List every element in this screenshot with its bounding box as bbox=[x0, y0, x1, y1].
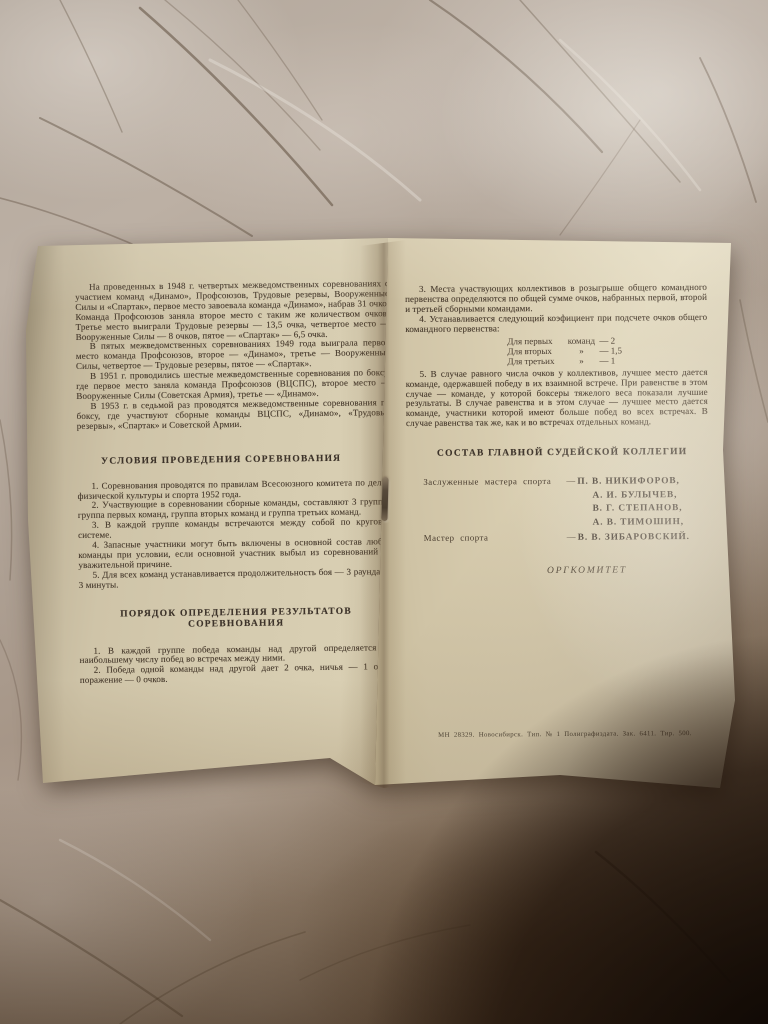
print-imprint: МН 28329. Новосибирск. Тип. № 1 Полиграф… bbox=[412, 730, 718, 739]
coefficient-table: Для первых команд — 2 Для вторых » — 1,5… bbox=[507, 334, 707, 367]
jury-name: В. Г. СТЕПАНОВ, bbox=[578, 502, 683, 516]
jury-name: В. В. ЗИБАРОВСКИЙ. bbox=[578, 531, 690, 545]
coefficient-mark: » bbox=[563, 346, 599, 357]
condition-item: 4. Запасные участники могут быть включен… bbox=[78, 537, 392, 571]
rule-item: 3. Места участвующих коллективов в розыг… bbox=[405, 283, 707, 315]
jury-name: П. В. НИКИФОРОВ, bbox=[577, 475, 679, 489]
coefficient-label: Для первых bbox=[507, 335, 563, 346]
jury-list: Заслуженные мастера спорта — П. В. НИКИФ… bbox=[423, 474, 708, 546]
photo-scene: На проведенных в 1948 г. четвертых межве… bbox=[0, 0, 768, 1024]
jury-dash: — bbox=[566, 475, 577, 489]
jury-title bbox=[424, 525, 567, 526]
coefficient-label: Для третьих bbox=[508, 356, 564, 367]
rule-item: 5. В случае равного числа очков у коллек… bbox=[406, 368, 708, 430]
jury-dash: — bbox=[567, 530, 578, 544]
booklet-left-page: На проведенных в 1948 г. четвертых межве… bbox=[20, 235, 392, 791]
jury-heading: СОСТАВ ГЛАВНОЙ СУДЕЙСКОЙ КОЛЛЕГИИ bbox=[406, 447, 708, 460]
coefficient-mark: » bbox=[564, 356, 600, 367]
orgcommittee-signature: ОРГКОМИТЕТ bbox=[407, 565, 709, 577]
booklet-right-page: 3. Места участвующих коллективов в розыг… bbox=[370, 235, 745, 795]
condition-item: 5. Для всех команд устанавливается продо… bbox=[79, 567, 393, 591]
right-page-content: 3. Места участвующих коллективов в розыг… bbox=[405, 283, 709, 577]
jury-row: Мастер спорта — В. В. ЗИБАРОВСКИЙ. bbox=[424, 529, 709, 546]
coefficient-label: Для вторых bbox=[507, 346, 563, 357]
rule-item: 4. Устанавливается следующий коэфициент … bbox=[405, 313, 707, 335]
jury-title bbox=[424, 511, 567, 512]
results-rule-item: 2. Победа одной команды над другой дает … bbox=[80, 663, 394, 687]
jury-name: А. И. БУЛЫЧЕВ, bbox=[577, 489, 677, 503]
jury-row: А. В. ТИМОШИН, bbox=[424, 516, 709, 532]
jury-title: Заслуженные мастера спорта bbox=[423, 475, 566, 490]
history-paragraph: На проведенных в 1948 г. четвертых межве… bbox=[75, 279, 390, 342]
conditions-heading: УСЛОВИЯ ПРОВЕДЕНИЯ СОРЕВНОВАНИЯ bbox=[64, 453, 378, 468]
history-paragraph: В 1953 г. в седьмой раз проводятся межве… bbox=[76, 398, 390, 432]
coefficient-value: — 1,5 bbox=[599, 345, 639, 356]
jury-name: А. В. ТИМОШИН, bbox=[578, 516, 684, 530]
coefficient-value: — 2 bbox=[599, 335, 639, 346]
jury-title: Мастер спорта bbox=[424, 530, 567, 545]
coefficient-row: Для третьих » — 1 bbox=[508, 355, 708, 367]
coefficient-value: — 1 bbox=[600, 356, 640, 367]
booklet: На проведенных в 1948 г. четвертых межве… bbox=[0, 0, 768, 1024]
staple bbox=[381, 477, 388, 521]
coefficient-mark: команд bbox=[563, 335, 599, 346]
left-page-content: На проведенных в 1948 г. четвертых межве… bbox=[75, 279, 394, 686]
jury-title bbox=[423, 498, 566, 499]
